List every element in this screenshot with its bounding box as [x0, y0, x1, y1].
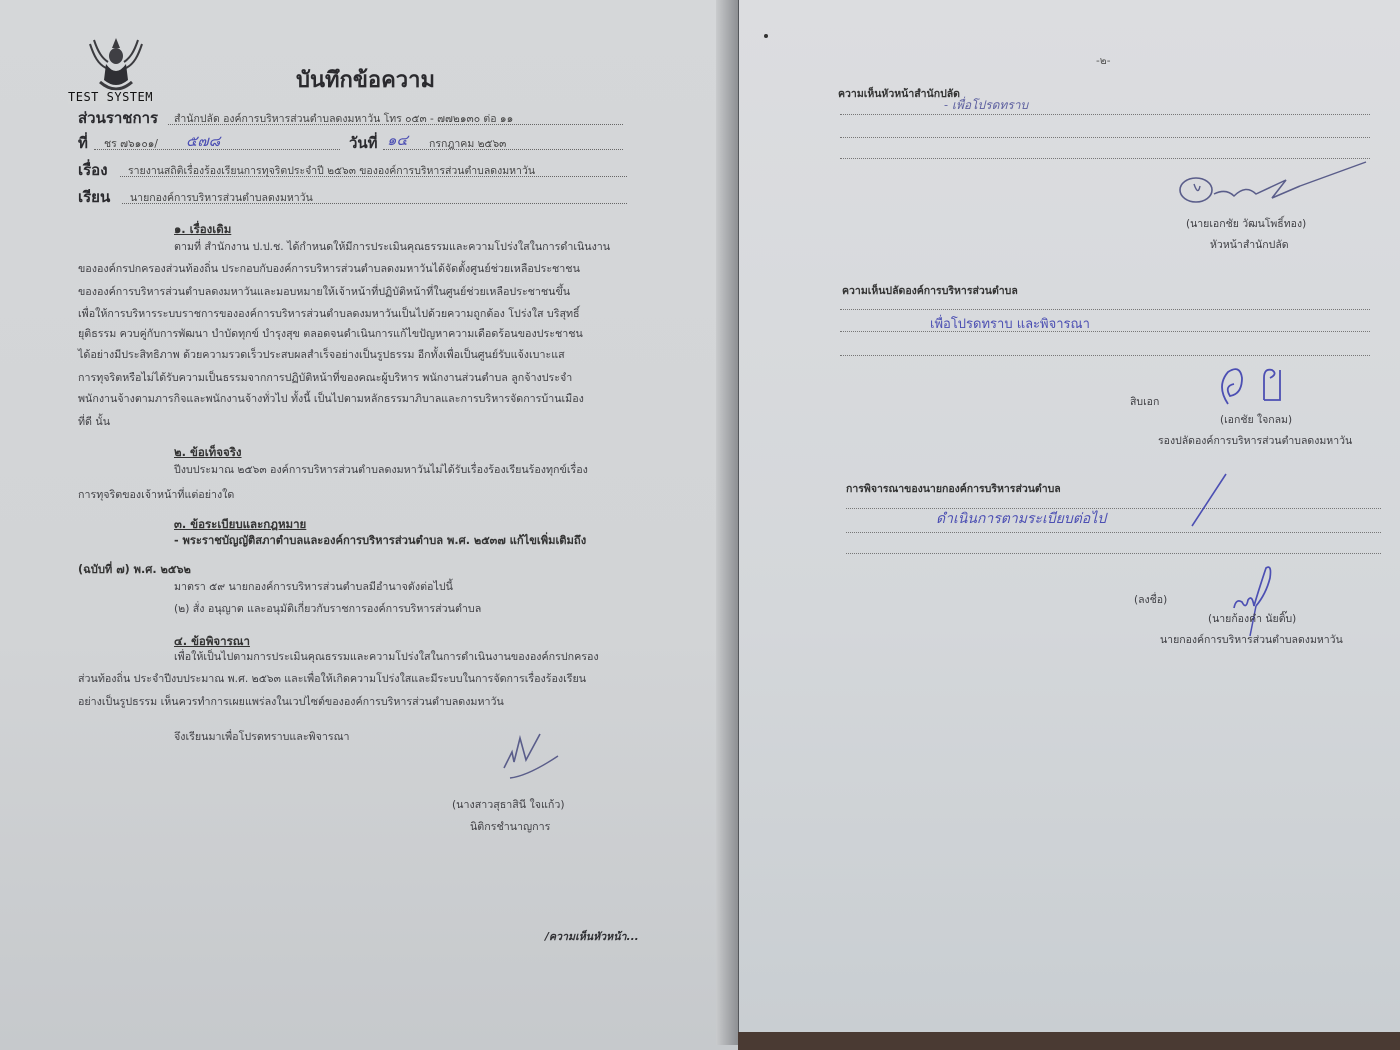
memo-title: บันทึกข้อความ — [296, 62, 435, 97]
signature-deputy-icon — [1214, 364, 1294, 412]
section-4-line-2: ส่วนท้องถิ่น ประจำปีงบประมาณ พ.ศ. ๒๕๖๓ แ… — [78, 668, 586, 690]
deputy-rank-prefix: สิบเอก — [1130, 393, 1159, 410]
section-4-line-3: อย่างเป็นรูปธรรม เห็นควรทำการเผยแพร่ลงใน… — [78, 691, 504, 713]
mayor-label: การพิจารณาของนายกองค์การบริหารส่วนตำบล — [846, 480, 1061, 497]
to-row: เรียน — [78, 185, 110, 207]
section-3-line-1: มาตรา ๕๙ นายกองค์การบริหารส่วนตำบลมีอำนา… — [174, 576, 453, 598]
to-field: นายกองค์การบริหารส่วนตำบลดงมหาวัน — [122, 185, 627, 204]
section-1-line-8: พนักงานจ้างตามภารกิจและพนักงานจ้างทั่วไป… — [78, 388, 584, 410]
section-chief-comment: - เพื่อโปรดทราบ — [944, 96, 1028, 115]
section-1-line-9: ที่ดี นั้น — [78, 411, 110, 433]
comment-line — [846, 532, 1381, 533]
section-2-line-1: ปีงบประมาณ ๒๕๖๓ องค์การบริหารส่วนตำบลดงม… — [174, 459, 588, 481]
ref-row: ที่ — [78, 131, 88, 153]
signer-position-section-chief: หัวหน้าสำนักปลัด — [1210, 236, 1289, 253]
comment-line — [840, 355, 1370, 356]
date-label-wrap: วันที่ — [349, 131, 378, 155]
signer-name-mayor: (นายก้องคำ นัยติ๊บ) — [1208, 610, 1296, 627]
section-chief-label: ความเห็นหัวหน้าสำนักปลัด — [838, 85, 960, 102]
subject-row: เรื่อง — [78, 158, 108, 180]
table-surface — [738, 1032, 1400, 1050]
signer-position-deputy: รองปลัดองค์การบริหารส่วนตำบลดงมหาวัน — [1158, 432, 1352, 449]
subject-label: เรื่อง — [78, 158, 108, 182]
page-gutter-shadow — [716, 0, 738, 1045]
section-1-line-6: ได้อย่างมีประสิทธิภาพ ด้วยความรวดเร็วประ… — [78, 344, 565, 366]
ref-label: ที่ — [78, 131, 88, 155]
signature-legal-officer-icon — [498, 730, 568, 785]
section-2-line-2: การทุจริตของเจ้าหน้าที่แต่อย่างใด — [78, 484, 234, 506]
section-1-line-7: การทุจริตหรือไม่ได้รับความเป็นธรรมจากการ… — [78, 367, 572, 389]
section-1-line-5: ยุติธรรม ควบคู่กับการพัฒนา บำบัดทุกข์ บำ… — [78, 323, 583, 345]
date-field: ๑๔ กรกฎาคม ๒๕๖๓ — [383, 131, 623, 150]
section-1-line-1: ตามที่ สำนักงาน ป.ป.ช. ได้กำหนดให้มีการป… — [174, 236, 610, 258]
date-label: วันที่ — [349, 131, 378, 155]
comment-line — [846, 508, 1381, 509]
ref-value-handwritten: ๕๗๘ — [186, 129, 220, 153]
comment-line — [840, 331, 1370, 332]
signer-position-legal-officer: นิติกรชำนาญการ — [470, 816, 550, 838]
approval-stroke-icon — [1172, 470, 1232, 530]
closing-line: จึงเรียนมาเพื่อโปรดทราบและพิจารณา — [174, 726, 350, 748]
continuation-marker: /ความเห็นหัวหน้า... — [545, 926, 639, 948]
to-label: เรียน — [78, 185, 110, 209]
mayor-sign-prefix: (ลงชื่อ) — [1134, 591, 1167, 608]
subject-value: รายงานสถิติเรื่องร้องเรียนการทุจริตประจำ… — [128, 162, 535, 179]
signer-name-section-chief: (นายเอกชัย วัฒนโพธิ์ทอง) — [1186, 215, 1306, 232]
paper-speck — [764, 34, 768, 38]
mayor-comment: ดำเนินการตามระเบียบต่อไป — [936, 508, 1106, 530]
deputy-label: ความเห็นปลัดองค์การบริหารส่วนตำบล — [842, 282, 1018, 299]
section-1-line-3: ขององค์การบริหารส่วนตำบลดงมหาวันและมอบหม… — [78, 281, 570, 303]
comment-line — [840, 309, 1370, 310]
signer-name-legal-officer: (นางสาวสุธาสินี ใจแก้ว) — [452, 794, 565, 816]
ref-value-printed: ชร ๗๖๑๐๑/ — [104, 135, 158, 152]
section-4-line-1: เพื่อให้เป็นไปตามการประเมินคุณธรรมและควา… — [174, 646, 599, 668]
date-month-year: กรกฎาคม ๒๕๖๓ — [429, 135, 506, 152]
page-number: -๒- — [1096, 52, 1111, 69]
comment-line — [840, 137, 1370, 138]
agency-field: สำนักปลัด องค์การบริหารส่วนตำบลดงมหาวัน … — [168, 106, 623, 125]
agency-label: ส่วนราชการ — [78, 106, 158, 130]
comment-line — [846, 553, 1381, 554]
to-value: นายกองค์การบริหารส่วนตำบลดงมหาวัน — [130, 189, 313, 206]
garuda-emblem-icon — [84, 34, 148, 96]
signer-position-mayor: นายกองค์การบริหารส่วนตำบลดงมหาวัน — [1160, 631, 1343, 648]
section-1-line-4: เพื่อให้การบริหารระบบราชการขององค์การบริ… — [78, 303, 580, 325]
section-1-line-2: ขององค์กรปกครองส่วนท้องถิ่น ประกอบกับองค… — [78, 258, 580, 280]
agency-value: สำนักปลัด องค์การบริหารส่วนตำบลดงมหาวัน … — [174, 110, 513, 127]
comment-line — [840, 114, 1370, 115]
agency-row: ส่วนราชการ — [78, 106, 158, 128]
signature-section-chief-icon — [1176, 158, 1371, 208]
law-title: - พระราชบัญญัติสภาตำบลและองค์การบริหารส่… — [174, 530, 586, 552]
signer-name-deputy: (เอกชัย ใจกลม) — [1220, 411, 1292, 428]
subject-field: รายงานสถิติเรื่องร้องเรียนการทุจริตประจำ… — [120, 158, 627, 177]
ref-field: ชร ๗๖๑๐๑/ ๕๗๘ — [94, 131, 340, 150]
section-3-line-2: (๒) สั่ง อนุญาต และอนุมัติเกี่ยวกับราชกา… — [174, 598, 481, 620]
watermark-label: TEST SYSTEM — [68, 90, 153, 104]
date-day-handwritten: ๑๔ — [387, 128, 408, 152]
